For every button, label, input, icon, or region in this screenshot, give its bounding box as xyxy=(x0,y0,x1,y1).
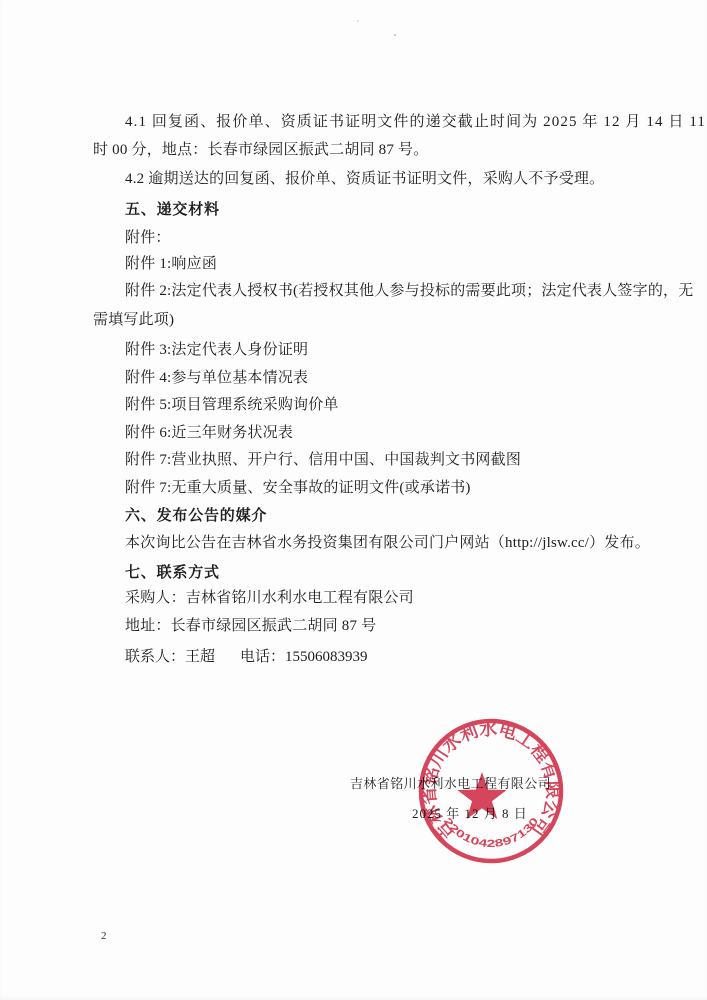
address-line: 地址：长春市绿园区振武二胡同 87 号 xyxy=(93,616,685,636)
attachments-label: 附件： xyxy=(93,228,685,248)
attachment-2-line-1: 附件 2:法定代表人授权书(若授权其他人参与投标的需要此项；法定代表人签字的，无 xyxy=(93,281,685,301)
section-6-heading: 六、发布公告的媒介 xyxy=(93,506,685,526)
clause-4-1-line-1: 4.1 回复函、报价单、资质证书证明文件的递交截止时间为 2025 年 12 月… xyxy=(93,112,685,132)
contact-person: 联系人：王超 xyxy=(125,649,215,665)
attachment-5: 附件 5:项目管理系统采购询价单 xyxy=(93,395,685,415)
attachment-3: 附件 3:法定代表人身份证明 xyxy=(93,340,685,360)
seal-ring-text: 吉林省铭川水利水电工程有限公司 xyxy=(418,718,564,846)
attachment-7-a: 附件 7:营业执照、开户行、信用中国、中国裁判文书网截图 xyxy=(93,450,685,470)
contact-phone: 电话：15506083939 xyxy=(240,649,368,665)
announcement-media: 本次询比公告在吉林省水务投资集团有限公司门户网站（http://jlsw.cc/… xyxy=(93,533,685,553)
attachment-4: 附件 4:参与单位基本情况表 xyxy=(93,368,685,388)
attachment-1: 附件 1:响应函 xyxy=(93,254,685,274)
company-seal-stamp: 吉林省铭川水利水电工程有限公司 2201042897130 xyxy=(411,711,571,871)
section-7-heading: 七、联系方式 xyxy=(93,563,685,583)
svg-text:吉林省铭川水利水电工程有限公司: 吉林省铭川水利水电工程有限公司 xyxy=(418,718,564,846)
svg-text:2201042897130: 2201042897130 xyxy=(441,815,541,850)
star-icon xyxy=(457,772,506,819)
attachment-6: 附件 6:近三年财务状况表 xyxy=(93,423,685,443)
clause-4-2: 4.2 逾期送达的回复函、报价单、资质证书证明文件，采购人不予受理。 xyxy=(93,169,685,189)
clause-4-1-line-2: 时 00 分，地点：长春市绿园区振武二胡同 87 号。 xyxy=(93,140,653,160)
scan-speck xyxy=(394,34,396,36)
scan-speck xyxy=(357,20,359,22)
attachment-2-line-2: 需填写此项) xyxy=(93,310,653,330)
purchaser-line: 采购人：吉林省铭川水利水电工程有限公司 xyxy=(93,588,685,608)
attachment-7-b: 附件 7:无重大质量、安全事故的证明文件(或承诺书) xyxy=(93,478,685,498)
contact-line: 联系人：王超电话：15506083939 xyxy=(125,645,368,666)
scanned-document-page: 4.1 回复函、报价单、资质证书证明文件的递交截止时间为 2025 年 12 月… xyxy=(0,0,707,1000)
seal-serial-number: 2201042897130 xyxy=(441,815,541,850)
section-5-heading: 五、递交材料 xyxy=(93,200,685,220)
page-number: 2 xyxy=(101,930,107,942)
